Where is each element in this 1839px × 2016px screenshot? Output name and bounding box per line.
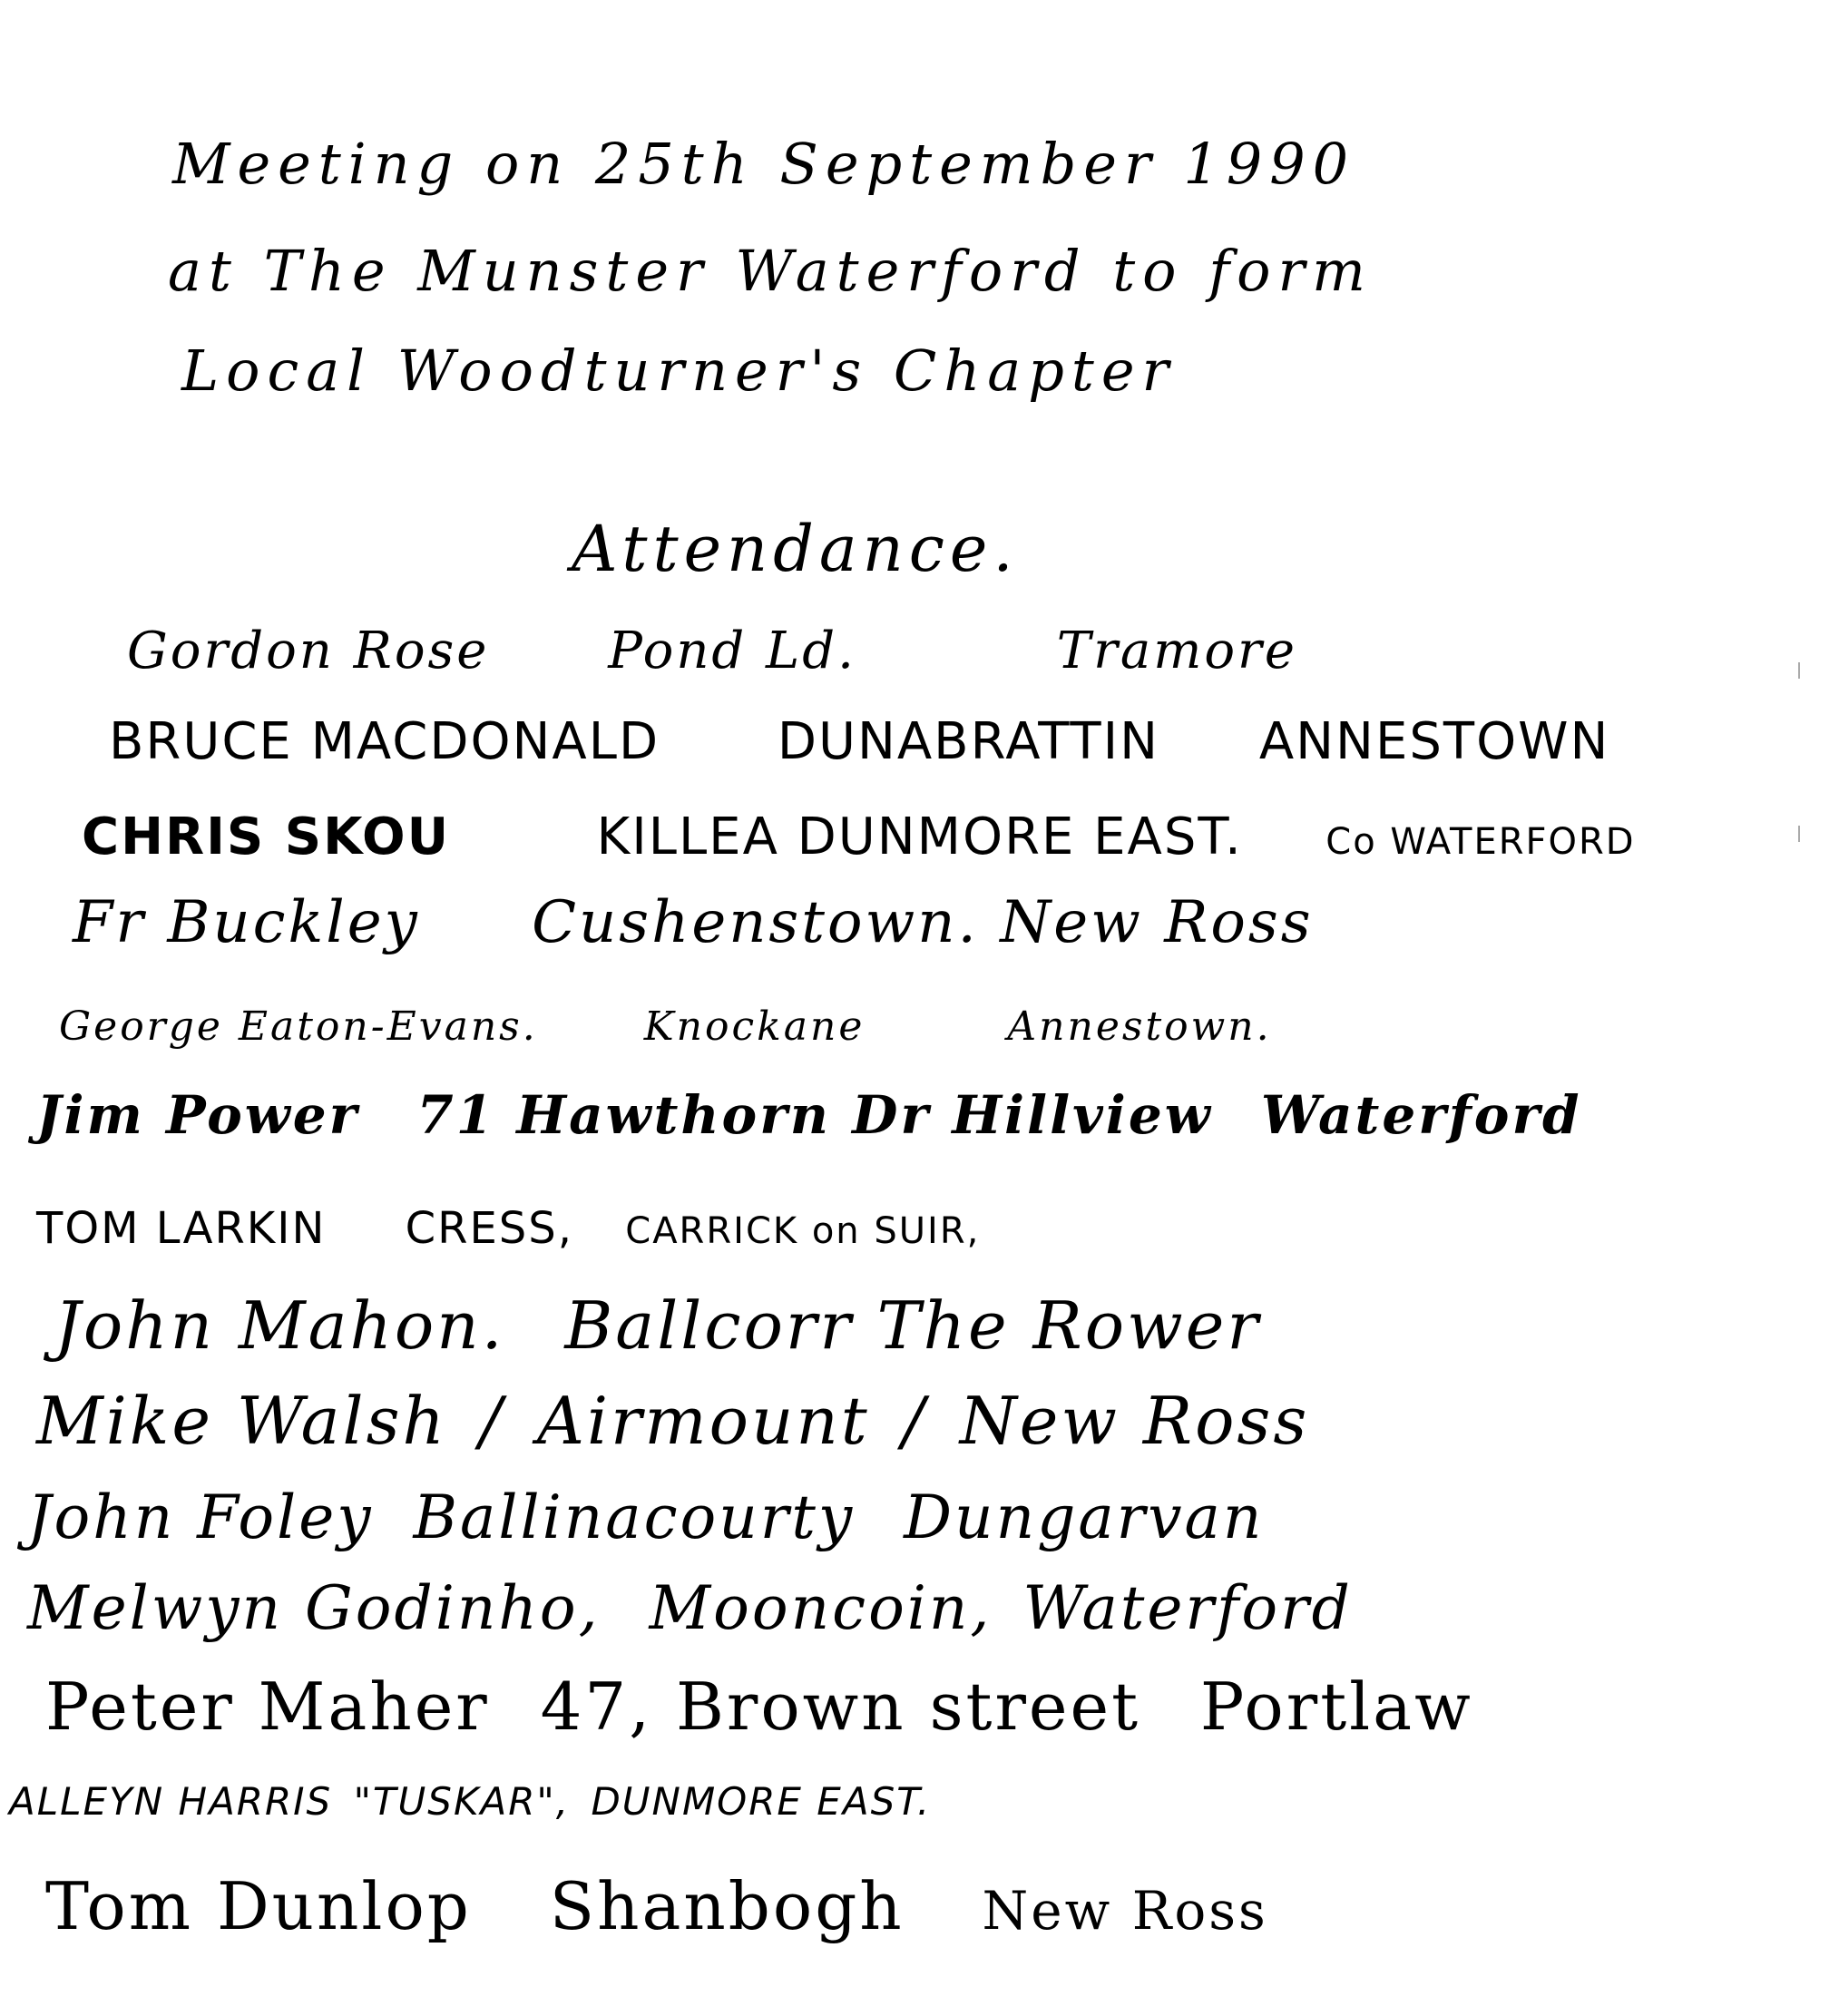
- attendee-town: CARRICK on SUIR,: [625, 1213, 980, 1249]
- attendee-town: New Ross: [960, 1388, 1310, 1453]
- heading-line-3: Local Woodturner's Chapter: [181, 343, 1176, 399]
- attendee-address: KILLEA DUNMORE EAST.: [597, 812, 1243, 863]
- attendee-town: DUNMORE EAST.: [591, 1783, 931, 1821]
- attendee-row: Gordon Rose Pond Ld. Tramore: [127, 626, 1297, 677]
- heading-line-2: at The Munster Waterford to form: [168, 243, 1373, 299]
- attendee-address: 71 Hawthorn Dr Hillview: [416, 1089, 1212, 1141]
- attendee-address: Ballinacourty: [414, 1488, 856, 1548]
- attendee-town: New Ross: [983, 1884, 1268, 1937]
- attendee-row: TOM LARKIN CRESS, CARRICK on SUIR,: [36, 1207, 980, 1250]
- attendee-row: CHRIS SKOU KILLEA DUNMORE EAST. Co WATER…: [82, 812, 1636, 863]
- attendee-address: Cushenstown. New Ross: [532, 894, 1314, 952]
- attendee-town: ANNESTOWN: [1259, 717, 1610, 768]
- attendee-county: Co WATERFORD: [1325, 824, 1635, 860]
- attendee-name: Fr Buckley: [73, 894, 420, 952]
- attendee-row: George Eaton-Evans. Knockane Annestown.: [59, 1007, 1272, 1047]
- attendee-address: Shanbogh: [550, 1874, 905, 1939]
- attendee-name: Melwyn Godinho,: [27, 1579, 601, 1639]
- attendee-address: Mooncoin,: [650, 1579, 993, 1639]
- attendee-name: CHRIS SKOU: [82, 812, 450, 863]
- heading-line-1: Meeting on 25th September 1990: [172, 136, 1355, 192]
- attendee-name: BRUCE MACDONALD: [109, 717, 660, 768]
- attendee-name: ALLEYN HARRIS: [9, 1783, 332, 1821]
- attendee-row: John Mahon. Ballcorr The Rower: [54, 1293, 1261, 1358]
- scan-margin-mark: [1798, 826, 1800, 842]
- attendee-row: BRUCE MACDONALD DUNABRATTIN ANNESTOWN: [109, 717, 1609, 768]
- attendee-row: John Foley Ballinacourty Dungarvan: [27, 1488, 1264, 1548]
- attendee-name: Mike Walsh: [36, 1388, 447, 1453]
- attendee-row: ALLEYN HARRIS "TUSKAR", DUNMORE EAST.: [9, 1783, 931, 1821]
- attendee-name: TOM LARKIN: [36, 1207, 326, 1250]
- attendee-name: Jim Power: [36, 1089, 359, 1141]
- attendee-town: Dungarvan: [904, 1488, 1264, 1548]
- attendee-row: Jim Power 71 Hawthorn Dr Hillview Waterf…: [36, 1089, 1582, 1141]
- attendee-address: Ballcorr The Rower: [564, 1293, 1260, 1358]
- attendee-name: Tom Dunlop: [45, 1874, 472, 1939]
- attendee-address: DUNABRATTIN: [778, 717, 1159, 768]
- scanned-document-page: Meeting on 25th September 1990 at The Mu…: [0, 0, 1839, 2016]
- attendance-title: Attendance.: [572, 517, 1019, 581]
- attendee-name: John Foley: [27, 1488, 374, 1548]
- attendee-name: John Mahon.: [54, 1293, 504, 1358]
- attendee-town: Annestown.: [1007, 1007, 1271, 1047]
- attendee-town: Portlaw: [1200, 1674, 1473, 1739]
- attendee-name: Gordon Rose: [127, 626, 489, 677]
- attendee-row: Mike Walsh / Airmount / New Ross: [36, 1388, 1309, 1453]
- attendee-row: Fr Buckley Cushenstown. New Ross: [73, 894, 1314, 952]
- attendee-address: CRESS,: [406, 1207, 573, 1250]
- attendee-address: 47, Brown street: [541, 1674, 1140, 1739]
- attendee-town: Tramore: [1057, 626, 1297, 677]
- attendee-row: Tom Dunlop Shanbogh New Ross: [45, 1874, 1268, 1939]
- attendee-address: Airmount: [537, 1388, 870, 1453]
- attendee-town: Waterford: [1261, 1089, 1582, 1141]
- attendee-row: Peter Maher 47, Brown street Portlaw: [45, 1674, 1473, 1739]
- attendee-name: Peter Maher: [45, 1674, 490, 1739]
- attendee-address: Knockane: [644, 1007, 866, 1047]
- attendee-address: Pond Ld.: [608, 626, 856, 677]
- attendee-address: "TUSKAR",: [354, 1783, 571, 1821]
- scan-margin-mark: [1798, 662, 1800, 679]
- attendee-row: Melwyn Godinho, Mooncoin, Waterford: [27, 1579, 1353, 1639]
- attendee-town: Waterford: [1022, 1579, 1353, 1639]
- attendee-name: George Eaton-Evans.: [59, 1007, 538, 1047]
